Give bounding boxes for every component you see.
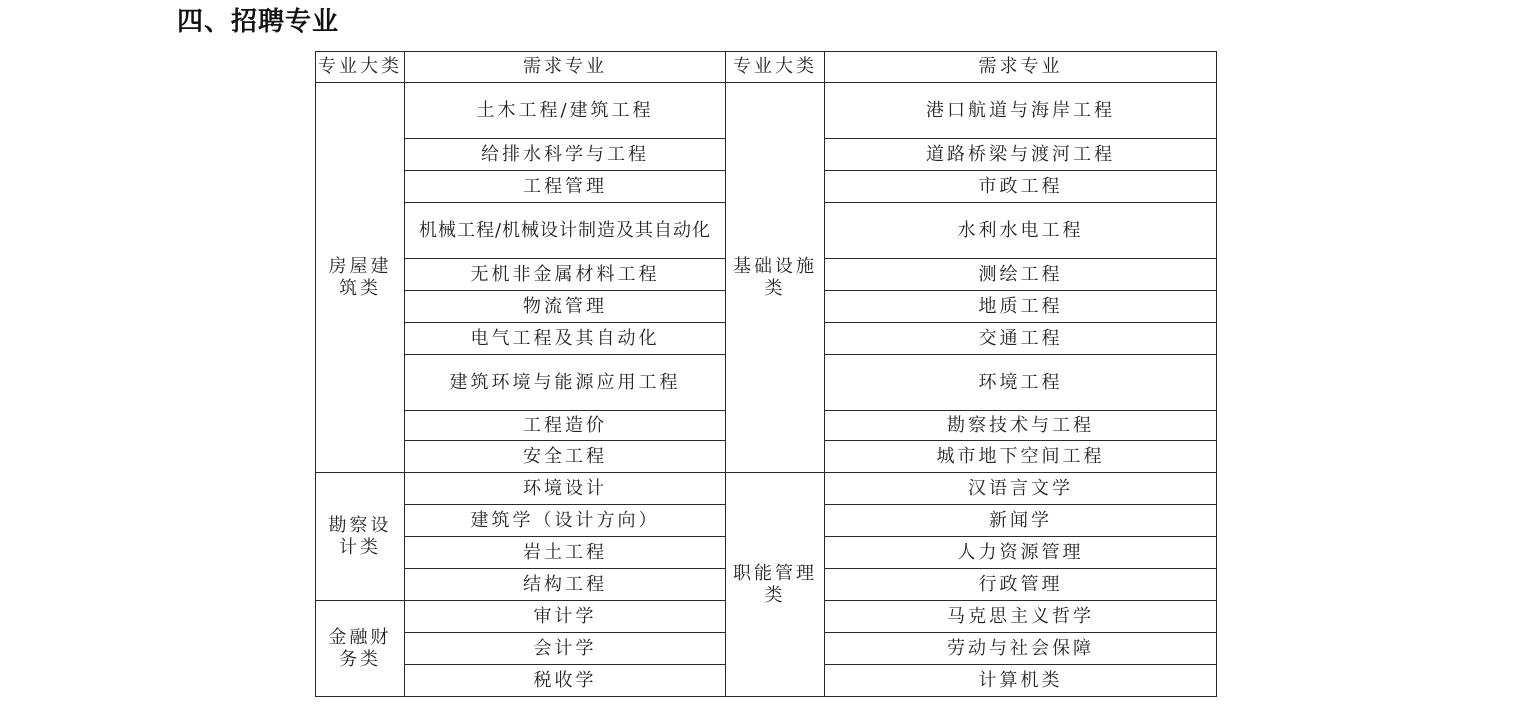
- major-cell: 劳动与社会保障: [825, 633, 1217, 665]
- major-cell: 交通工程: [825, 323, 1217, 355]
- major-cell: 环境工程: [825, 355, 1217, 411]
- category-label: 勘察设计类: [320, 515, 400, 559]
- major-cell: 勘察技术与工程: [825, 411, 1217, 441]
- major-cell: 土木工程/建筑工程: [405, 83, 726, 139]
- header-majors-left: 需求专业: [405, 52, 726, 83]
- major-cell: 机械工程/机械设计制造及其自动化: [405, 203, 726, 259]
- major-cell: 给排水科学与工程: [405, 139, 726, 171]
- major-cell: 物流管理: [405, 291, 726, 323]
- header-category-right: 专业大类: [726, 52, 825, 83]
- major-cell: 会计学: [405, 633, 726, 665]
- major-cell: 无机非金属材料工程: [405, 259, 726, 291]
- major-cell: 电气工程及其自动化: [405, 323, 726, 355]
- major-cell: 结构工程: [405, 569, 726, 601]
- major-cell: 安全工程: [405, 441, 726, 473]
- recruitment-majors-table: 专业大类 需求专业 专业大类 需求专业 房屋建筑类 土木工程/建筑工程 基础设施…: [315, 51, 1217, 697]
- table-row: 房屋建筑类 土木工程/建筑工程 基础设施类 港口航道与海岸工程: [316, 83, 1217, 139]
- major-cell: 测绘工程: [825, 259, 1217, 291]
- major-cell: 水利水电工程: [825, 203, 1217, 259]
- major-cell: 市政工程: [825, 171, 1217, 203]
- major-cell: 人力资源管理: [825, 537, 1217, 569]
- major-cell: 工程造价: [405, 411, 726, 441]
- category-cell-survey-design: 勘察设计类: [316, 473, 405, 601]
- category-label: 职能管理类: [727, 563, 823, 607]
- category-label: 房屋建筑类: [320, 256, 400, 300]
- major-cell: 建筑环境与能源应用工程: [405, 355, 726, 411]
- major-cell: 计算机类: [825, 665, 1217, 697]
- table-header-row: 专业大类 需求专业 专业大类 需求专业: [316, 52, 1217, 83]
- table-row: 勘察设计类 环境设计 职能管理类 汉语言文学: [316, 473, 1217, 505]
- category-cell-housing-construction: 房屋建筑类: [316, 83, 405, 473]
- header-majors-right: 需求专业: [825, 52, 1217, 83]
- major-cell: 地质工程: [825, 291, 1217, 323]
- category-label: 基础设施类: [727, 256, 823, 300]
- major-cell: 港口航道与海岸工程: [825, 83, 1217, 139]
- category-label: 金融财务类: [320, 627, 400, 671]
- header-category-left: 专业大类: [316, 52, 405, 83]
- major-cell: 汉语言文学: [825, 473, 1217, 505]
- category-cell-functional-management: 职能管理类: [726, 473, 825, 697]
- major-cell: 建筑学（设计方向）: [405, 505, 726, 537]
- major-cell: 工程管理: [405, 171, 726, 203]
- major-cell: 审计学: [405, 601, 726, 633]
- section-title: 四、招聘专业: [177, 4, 339, 40]
- major-cell: 税收学: [405, 665, 726, 697]
- category-cell-finance: 金融财务类: [316, 601, 405, 697]
- major-cell: 环境设计: [405, 473, 726, 505]
- major-cell: 马克思主义哲学: [825, 601, 1217, 633]
- major-cell: 新闻学: [825, 505, 1217, 537]
- major-cell: 道路桥梁与渡河工程: [825, 139, 1217, 171]
- category-cell-infrastructure: 基础设施类: [726, 83, 825, 473]
- major-cell: 岩土工程: [405, 537, 726, 569]
- major-cell: 城市地下空间工程: [825, 441, 1217, 473]
- major-cell: 行政管理: [825, 569, 1217, 601]
